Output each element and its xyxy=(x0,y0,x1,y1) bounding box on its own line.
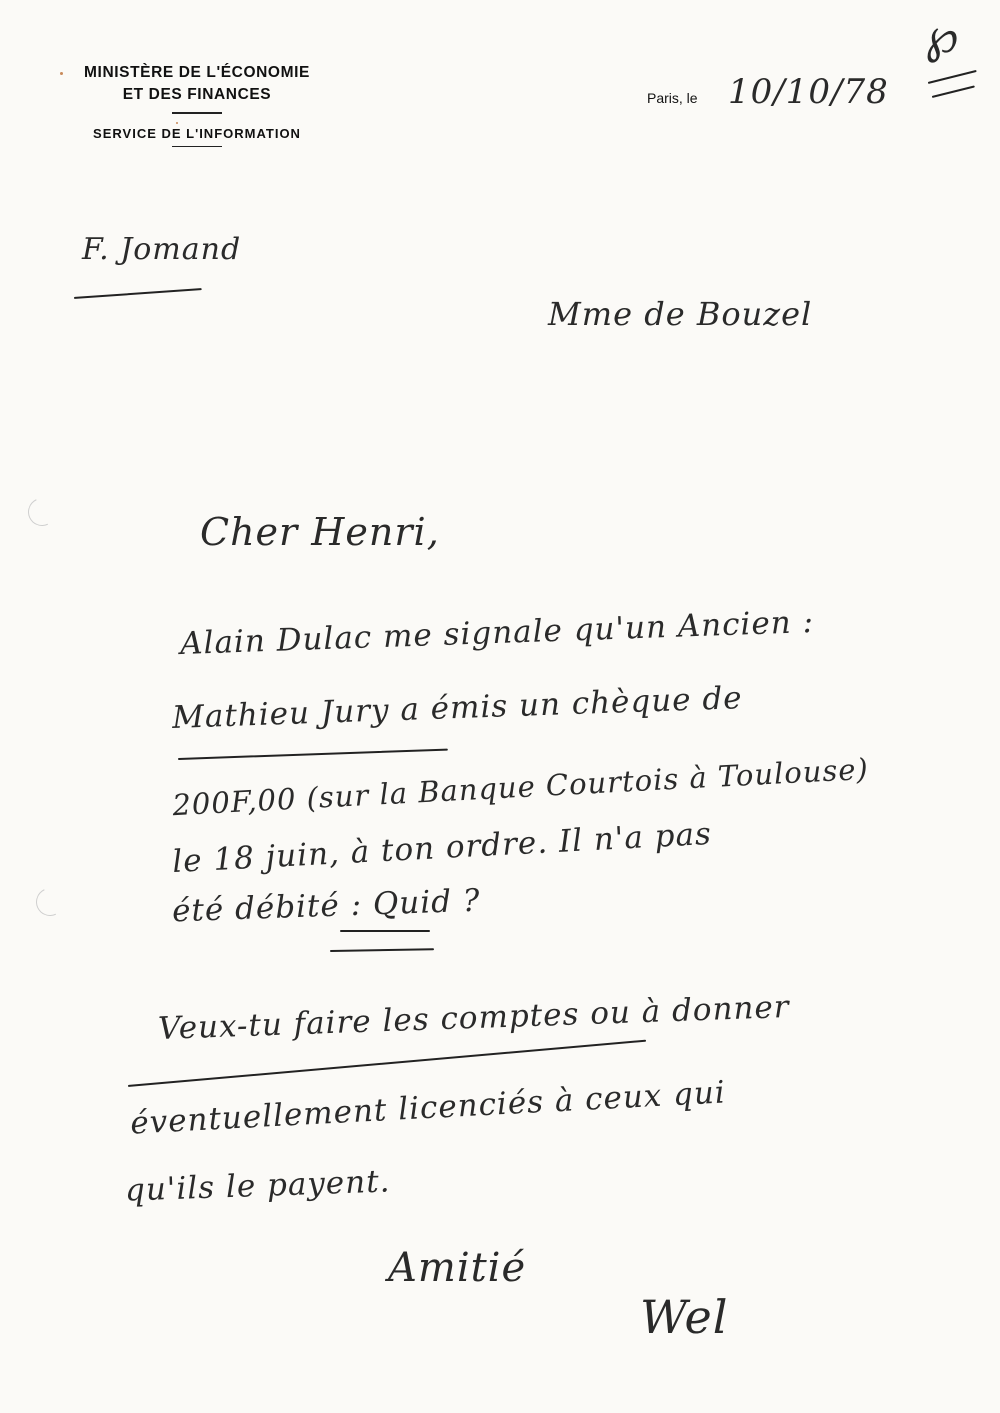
salutation: Cher Henri, xyxy=(200,510,440,554)
letter-line: 200F,00 (sur la Banque Courtois à Toulou… xyxy=(172,752,870,822)
letter-line: éventuellement licenciés à ceux qui xyxy=(129,1074,726,1141)
letter-line: Alain Dulac me signale qu'un Ancien : xyxy=(180,604,815,662)
annotation-top-left: F. Jomand xyxy=(82,232,241,267)
letterhead: MINISTÈRE DE L'ÉCONOMIE ET DES FINANCES … xyxy=(52,62,342,147)
margin-mark: ℘ xyxy=(925,8,959,64)
mark-underline xyxy=(932,85,975,98)
quid-underline xyxy=(340,930,430,932)
closing: Amitié xyxy=(388,1245,526,1291)
quid-underline xyxy=(330,948,434,952)
letter-line: le 18 juin, à ton ordre. Il n'a pas xyxy=(171,816,712,880)
date-label: Paris, le xyxy=(647,90,698,106)
annotation-top-right: Mme de Bouzel xyxy=(548,295,812,333)
letterhead-divider xyxy=(172,112,222,114)
punch-hole xyxy=(24,494,60,530)
punch-hole xyxy=(32,884,68,920)
instruction-underline xyxy=(128,1040,646,1087)
letter-line: Mathieu Jury a émis un chèque de xyxy=(172,680,744,736)
ministry-line-1: MINISTÈRE DE L'ÉCONOMIE xyxy=(52,62,342,84)
name-underline xyxy=(178,749,448,760)
date-value: 10/10/78 xyxy=(728,72,889,112)
service-divider xyxy=(172,146,222,148)
letter-line: Veux-tu faire les comptes ou à donner xyxy=(158,989,791,1047)
service-name: SERVICE DE L'INFORMATION xyxy=(52,126,342,141)
letter-page: MINISTÈRE DE L'ÉCONOMIE ET DES FINANCES … xyxy=(0,0,1000,1413)
mark-underline xyxy=(928,70,977,84)
annotation-underline xyxy=(74,288,202,299)
ministry-line-2: ET DES FINANCES xyxy=(52,84,342,106)
letter-line: qu'ils le payent. xyxy=(124,1163,391,1208)
signature: Wel xyxy=(640,1290,728,1344)
letter-line: été débité : Quid ? xyxy=(171,883,481,930)
